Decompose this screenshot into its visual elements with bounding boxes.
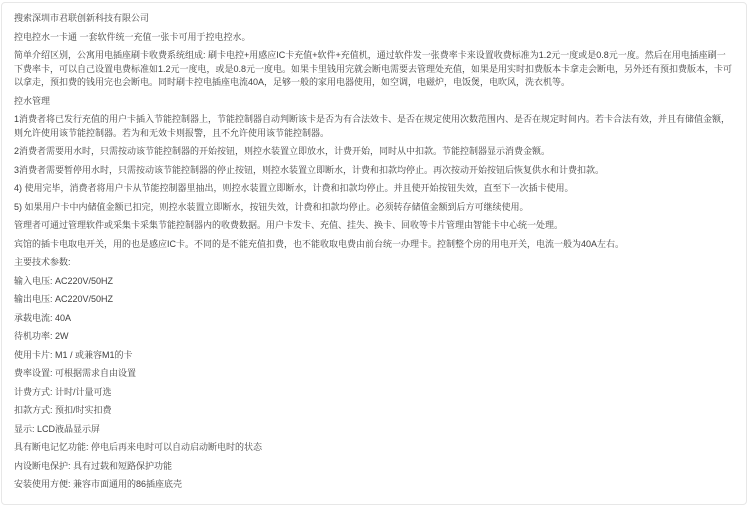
spec-installation: 安装使用方便: 兼容市面通用的86插座底壳 [14, 478, 734, 492]
spec-standby-power: 待机功率: 2W [14, 330, 734, 344]
search-query-line: 搜索深圳市君联创新科技有限公司 [14, 12, 734, 26]
spec-card-type: 使用卡片: M1 / 或兼容M1的卡 [14, 349, 734, 363]
spec-input-voltage: 输入电压: AC220V/50HZ [14, 275, 734, 289]
specs-section-title: 主要技术参数: [14, 256, 734, 270]
water-step-5: 5) 如果用户卡中内储值金额已扣完，则控水装置立即断水，按钮失效，计费和扣款均停… [14, 201, 734, 215]
water-step-4: 4) 使用完毕，消费者将用户卡从节能控制器里抽出，则控水装置立即断水，计费和扣款… [14, 182, 734, 196]
hotel-note: 宾馆的插卡电取电开关，用的也是感应IC卡。不同的是不能充值扣费，也不能收取电费由… [14, 238, 734, 252]
management-note: 管理者可通过管理软件或采集卡采集节能控制器内的收费数据。用户卡发卡、充值、挂失、… [14, 219, 734, 233]
spec-power-memory: 具有断电记忆功能: 停电后再来电时可以自动启动断电时的状态 [14, 441, 734, 455]
product-tagline: 控电控水一卡通 一套软件统一充值一张卡可用于控电控水。 [14, 31, 734, 45]
intro-paragraph: 简单介绍区别，公寓用电插座刷卡收费系统组成: 刷卡电控+用感应IC卡充值+软件+… [14, 49, 734, 90]
water-step-1: 1消费者将已发行充值的用户卡插入节能控制器上，节能控制器自动判断该卡是否为有合法… [14, 113, 734, 140]
spec-output-voltage: 输出电压: AC220V/50HZ [14, 293, 734, 307]
spec-protection: 内设断电保护: 具有过载和短路保护功能 [14, 460, 734, 474]
spec-display: 显示: LCD液晶显示屏 [14, 423, 734, 437]
spec-load-current: 承载电流: 40A [14, 312, 734, 326]
water-step-3: 3消费者需要暂停用水时，只需按动该节能控制器的停止按钮，则控水装置立即断水，计费… [14, 164, 734, 178]
spec-deduction-mode: 扣款方式: 预扣/时实扣费 [14, 404, 734, 418]
water-section-title: 控水管理 [14, 95, 734, 109]
spec-rate-setting: 费率设置: 可根据需求自由设置 [14, 367, 734, 381]
spec-billing-mode: 计费方式: 计时/计量可选 [14, 386, 734, 400]
water-step-2: 2消费者需要用水时，只需按动该节能控制器的开始按钮，则控水装置立即放水，计费开始… [14, 145, 734, 159]
document-panel: 搜索深圳市君联创新科技有限公司 控电控水一卡通 一套软件统一充值一张卡可用于控电… [1, 2, 747, 505]
